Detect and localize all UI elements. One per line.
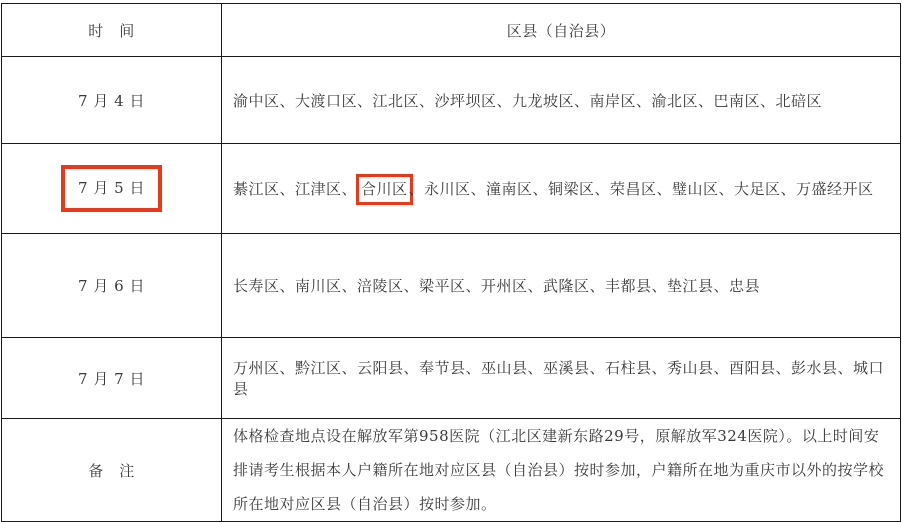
date-label: 7 月 5 日 — [78, 179, 145, 197]
districts-text: 万州区、黔江区、云阳县、奉节县、巫山县、巫溪县、石柱县、秀山县、酉阳县、彭水县、… — [233, 359, 884, 398]
remark-row: 备 注 体格检查地点设在解放军第958医院（江北区建新东路29号，原解放军324… — [2, 419, 901, 522]
date-cell: 7 月 5 日 — [2, 144, 222, 234]
districts-text: 长寿区、南川区、涪陵区、梁平区、开州区、武隆区、丰都县、垫江县、忠县 — [233, 277, 760, 295]
remark-label: 备 注 — [88, 462, 135, 480]
table-row: 7 月 5 日 綦江区、江津区、合川区、永川区、潼南区、铜梁区、荣昌区、璧山区、… — [2, 144, 901, 234]
remark-label-cell: 备 注 — [2, 419, 222, 522]
date-label: 7 月 7 日 — [78, 370, 145, 388]
highlighted-district-label: 合川区 — [361, 180, 408, 198]
header-district: 区县（自治县） — [222, 4, 901, 57]
header-time: 时 间 — [2, 4, 222, 57]
districts-text: 渝中区、大渡口区、江北区、沙坪坝区、九龙坡区、南岸区、渝北区、巴南区、北碚区 — [233, 92, 822, 110]
date-label: 7 月 6 日 — [78, 277, 145, 295]
schedule-table: 时 间 区县（自治县） 7 月 4 日 渝中区、大渡口区、江北区、沙坪坝区、九龙… — [1, 3, 901, 522]
remark-text-cell: 体格检查地点设在解放军第958医院（江北区建新东路29号，原解放军324医院）。… — [222, 419, 901, 522]
date-cell: 7 月 4 日 — [2, 57, 222, 144]
remark-text: 体格检查地点设在解放军第958医院（江北区建新东路29号，原解放军324医院）。… — [233, 427, 884, 513]
header-district-label: 区县（自治县） — [507, 22, 616, 40]
table-row: 7 月 6 日 长寿区、南川区、涪陵区、梁平区、开州区、武隆区、丰都县、垫江县、… — [2, 234, 901, 338]
districts-cell: 万州区、黔江区、云阳县、奉节县、巫山县、巫溪县、石柱县、秀山县、酉阳县、彭水县、… — [222, 338, 901, 419]
districts-text-after: 、永川区、潼南区、铜梁区、荣昌区、璧山区、大足区、万盛经开区 — [409, 180, 874, 198]
table-row: 7 月 7 日 万州区、黔江区、云阳县、奉节县、巫山县、巫溪县、石柱县、秀山县、… — [2, 338, 901, 419]
header-time-label: 时 间 — [88, 22, 135, 40]
date-cell: 7 月 7 日 — [2, 338, 222, 419]
districts-cell: 长寿区、南川区、涪陵区、梁平区、开州区、武隆区、丰都县、垫江县、忠县 — [222, 234, 901, 338]
date-cell: 7 月 6 日 — [2, 234, 222, 338]
date-label: 7 月 4 日 — [78, 92, 145, 110]
districts-text-before: 綦江区、江津区、 — [233, 180, 357, 198]
districts-cell: 綦江区、江津区、合川区、永川区、潼南区、铜梁区、荣昌区、璧山区、大足区、万盛经开… — [222, 144, 901, 234]
table-header-row: 时 间 区县（自治县） — [2, 4, 901, 57]
page: 时 间 区县（自治县） 7 月 4 日 渝中区、大渡口区、江北区、沙坪坝区、九龙… — [0, 0, 903, 522]
table-row: 7 月 4 日 渝中区、大渡口区、江北区、沙坪坝区、九龙坡区、南岸区、渝北区、巴… — [2, 57, 901, 144]
district-highlight-box: 合川区 — [356, 174, 413, 205]
districts-cell: 渝中区、大渡口区、江北区、沙坪坝区、九龙坡区、南岸区、渝北区、巴南区、北碚区 — [222, 57, 901, 144]
date-highlight-box: 7 月 5 日 — [61, 165, 162, 212]
